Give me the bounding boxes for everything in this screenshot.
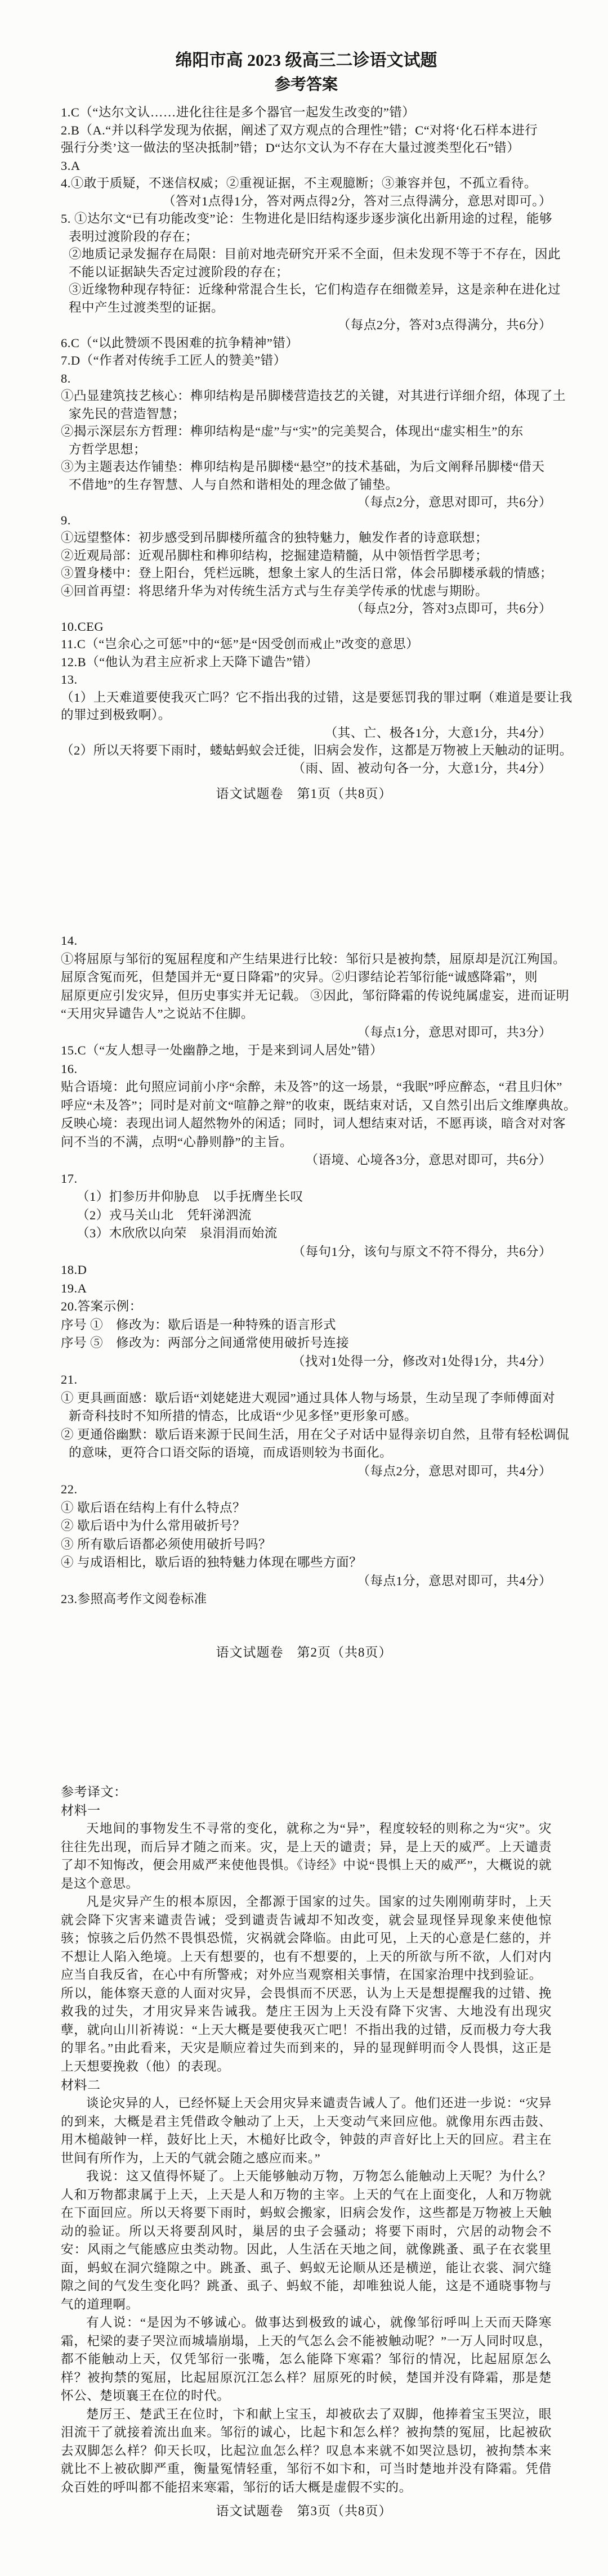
page1-footer: 语文试题卷 第1页（共8页） [0,783,608,802]
answer-line: 9. [61,511,552,529]
answer-line: ①远望整体：初步感受到吊脚楼所蕴含的独特魅力，触发作者的诗意联想； [61,529,552,547]
page3-footer: 语文试题卷 第3页（共8页） [0,2501,608,2519]
answer-line: 强行分类’这一做法的坚决抵制”错；D“达尔文认为不存在大量过渡类型化石”错） [61,139,552,157]
answer-line: ③ 所有歇后语都必须使用破折号吗？ [61,1536,552,1554]
score-note-line: （语境、心境各3分，意思对即可，共6分） [61,1151,552,1170]
answer-line: 不能以证据缺失否定过渡阶段的存在； [61,263,552,281]
answer-line: 3.A [61,157,552,175]
score-note-line: （每点1分，意思对即可，共3分） [61,1024,552,1042]
answer-line: 反映心境：表现出词人超然物外的闲适；同时，词人想结束对话，不愿再谈，暗含对对客 [61,1115,552,1133]
translation-paragraph: 谈论灾异的人，已经怀疑上天会用灾异来谴责告诫人了。他们还进一步说：“灾异的到来，… [61,2094,552,2167]
answer-line: “天用灾异谴告人”之说站不住脚。 [61,1005,552,1024]
answer-line: 序号 ⑤ 修改为：两部分之间通常使用破折号连接 [61,1334,552,1353]
answer-line: 11.C（“岂余心之可惩”中的“惩”是“因受创而戒止”改变的意思） [61,635,552,653]
answer-line: 的罪过到极致啊）。 [61,706,552,724]
document-title: 绵阳市高 2023 级高三二诊语文试题 [61,48,552,73]
answer-line: 15.C（“友人想寻一处幽静之地，于是来到词人居处”错） [61,1042,552,1060]
translation-blocks: 材料一天地间的事物发生不寻常的变化，就称之为“异”，程度较轻的则称之为“灾”。灾… [61,1801,552,2497]
page2-footer: 语文试题卷 第2页（共8页） [0,1642,608,1661]
answer-line: 4.①敢于质疑，不迷信权威；②重视证据，不主观臆断；③兼容并包，不孤立看待。 [61,174,552,192]
answer-line: 22. [61,1480,552,1499]
answer-line: 方哲学思想； [61,441,552,459]
answer-line: ④ 与成语相比，歇后语的独特魅力体现在哪些方面？ [61,1554,552,1572]
answer-line: 2.B（A.“并以科学发现为依据，阐述了双方观点的合理性”错；C“对将‘化石样本… [61,122,552,140]
score-note-line: （每点2分，答对3点得满分，共6分） [61,316,552,334]
answer-line: ③置身楼中：登上阳台，凭栏远眺，想象土家人的生活日常，体会吊脚楼承载的情感； [61,564,552,582]
answer-line: ①凸显建筑技艺核心：榫卯结构是吊脚楼营造技艺的关键，对其进行详细介绍，体现了土 [61,387,552,405]
score-note-line: （雨、固、被动句各一分，大意1分，共4分） [61,760,552,778]
answer-line: （3）木欣欣以向荣 泉涓涓而始流 [61,1224,552,1243]
answer-line: 17. [61,1170,552,1188]
answer-line: （2）所以天将要下雨时，蝼蛄蚂蚁会迁徙，旧病会发作，这都是万物被上天触动的证明。 [61,742,552,760]
translation-heading: 参考译文： [61,1783,552,1801]
page1-answer-lines: 1.C（“达尔文认……进化往往是多个器官一起发生改变的”错）2.B（A.“并以科… [61,104,552,777]
page-1: 绵阳市高 2023 级高三二诊语文试题 参考答案 1.C（“达尔文认……进化往往… [0,0,608,859]
score-note-line: （其、亡、极各1分，大意1分，共4分） [61,724,552,742]
score-note-line: （每句1分，该句与原文不符不得分，共6分） [61,1243,552,1262]
score-note-line: （答对1点得1分，答对两点得2分，答对三点得满分，意思对即可。） [61,192,552,210]
answer-line: 呼应“未及答”；同时是对前文“喧静之辩”的收束，既结束对话，又自然引出后文维摩典… [61,1097,552,1115]
answer-line: 21. [61,1371,552,1389]
answer-line: 19.A [61,1280,552,1298]
score-note-line: （找对1处得一分，修改对1处得1分，共4分） [61,1353,552,1371]
answer-line: 14. [61,932,552,950]
answer-line: 6.C（“以此赞颂不畏困难的抗争精神”错） [61,334,552,352]
answer-line: 5. ①达尔文“已有功能改变”论：生物进化是旧结构逐步逐步演化出新用途的过程，能… [61,210,552,228]
material-label: 材料二 [61,2076,552,2094]
answer-line: 8. [61,370,552,388]
score-note-line: （每点1分，意思对即可，共4分） [61,1572,552,1591]
answer-line: 7.D（“作者对传统手工匠人的赞美”错） [61,352,552,370]
answer-line: 序号 ① 修改为：歇后语是一种特殊的语言形式 [61,1316,552,1335]
page-2: 14.①将屈原与邹衍的冤屈程度和产生结果进行比较：邹衍只是被拘禁，屈原却是沉江殉… [0,859,608,1717]
answer-line: 家先民的营造智慧； [61,405,552,423]
answer-line: 程中产生过渡类型的证据。 [61,299,552,317]
answer-line: 13. [61,671,552,689]
answer-line: ②揭示深层东方哲理：榫卯结构是“虚”与“实”的完美契合，体现出“虚实相生”的东 [61,423,552,441]
score-note-line: （每点2分，意思对即可，共6分） [61,493,552,511]
translation-paragraph: 天地间的事物发生不寻常的变化，就称之为“异”，程度较轻的则称之为“灾”。灾往往先… [61,1820,552,1893]
answer-line: 的意味，更符合口语交际的语境，而成语则较为书面化。 [61,1444,552,1462]
answer-line: 16. [61,1060,552,1079]
answer-line: （1）上天难道要使我灭亡吗？它不指出我的过错，这是要惩罚我的罪过啊（难道是要让我 [61,689,552,707]
translation-paragraph: 我说：这又值得怀疑了。上天能够触动万物，万物怎么能触动上天呢？为什么？人和万物都… [61,2167,552,2314]
answer-line: 表明过渡阶段的存在； [61,228,552,246]
page2-answer-lines: 14.①将屈原与邹衍的冤屈程度和产生结果进行比较：邹衍只是被拘禁，屈原却是沉江殉… [61,932,552,1609]
answer-line: ② 歇后语中为什么常用破折号？ [61,1517,552,1536]
score-note-line: （每点2分，答对3点即可，共6分） [61,600,552,618]
page-3: 参考译文： 材料一天地间的事物发生不寻常的变化，就称之为“异”，程度较轻的则称之… [0,1717,608,2576]
answer-line: 问不当的不满，点明“心静则静”的主旨。 [61,1133,552,1152]
translation-paragraph: 有人说：“是因为不够诚心。做事达到极致的诚心，就像邹衍呼叫上天而天降寒霜，杞梁的… [61,2314,552,2406]
answer-line: （2）戎马关山北 凭轩涕泗流 [61,1206,552,1225]
page1-content: 绵阳市高 2023 级高三二诊语文试题 参考答案 1.C（“达尔文认……进化往往… [0,48,608,777]
translation-paragraph: 凡是灾异产生的根本原因，全都源于国家的过失。国家的过失刚刚萌芽时，上天就会降下灾… [61,1893,552,1985]
score-note-line: （每点2分，意思对即可，共4分） [61,1462,552,1481]
answer-line: ④回首再望：将思绪升华为对传统生活方式与生存美学传承的忧虑与期盼。 [61,582,552,600]
answer-line: ① 歇后语在结构上有什么特点？ [61,1499,552,1518]
translation-paragraph: 楚厉王、楚武王在位时，卞和献上宝玉，却被砍去了双脚，他捧着宝玉哭泣，眼泪流干了就… [61,2406,552,2497]
answer-line: 屈原更应引发灾异，但历史事实并无记载。 ③因此，邹衍降霜的传说纯属虚妄，进而证明 [61,987,552,1006]
answer-line: ② 更通俗幽默：歇后语来源于民间生活，用在父子对话中显得亲切自然，且带有轻松调侃 [61,1426,552,1444]
answer-line: 12.B（“他认为君主应祈求上天降下谴告”错） [61,653,552,671]
answer-line: （1）扪参历井仰胁息 以手抚膺坐长叹 [61,1188,552,1206]
answer-line: ① 更具画面感：歇后语“刘姥姥进大观园”通过具体人物与场景，生动呈现了李师傅面对 [61,1389,552,1408]
document-subtitle: 参考答案 [61,73,552,97]
answer-line: 20.答案示例： [61,1298,552,1316]
answer-line: 1.C（“达尔文认……进化往往是多个器官一起发生改变的”错） [61,104,552,122]
answer-line: 贴合语境：此句照应词前小序“余醉，未及答”的这一场景，“我眠”呼应醉态，“君且归… [61,1078,552,1097]
page3-content: 参考译文： 材料一天地间的事物发生不寻常的变化，就称之为“异”，程度较轻的则称之… [0,1717,608,2497]
answer-line: 不借地”的生存智慧、人与自然和谐相处的理念做了铺垫。 [61,476,552,494]
answer-line: ②地质记录发掘存在局限：目前对地壳研究开采不全面，但未发现不等于不存在，因此 [61,245,552,263]
answer-line: 新奇科技时不知所措的情态，比成语“少见多怪”更形象可感。 [61,1407,552,1426]
answer-line: 屈原含冤而死，但楚国并无“夏日降霜”的灾异。②归谬结论若邹衍能“诚感降霜”，则 [61,968,552,987]
answer-line: 18.D [61,1261,552,1280]
answer-line: ②近观局部：近观吊脚柱和榫卯结构，挖掘建造精髓，从中领悟哲学思考； [61,547,552,565]
answer-line: 10.CEG [61,618,552,636]
material-label: 材料一 [61,1801,552,1820]
page2-content: 14.①将屈原与邹衍的冤屈程度和产生结果进行比较：邹衍只是被拘禁，屈原却是沉江殉… [0,859,608,1609]
translation-paragraph: 所以，能体察天意的人面对灾异，会畏惧而不厌恶，认为上天是想提醒我的过错、挽救我的… [61,1985,552,2076]
answer-line: ①将屈原与邹衍的冤屈程度和产生结果进行比较：邹衍只是被拘禁，屈原却是沉江殉国。 [61,950,552,969]
answer-line: ③为主题表达作铺垫：榫卯结构是吊脚楼“悬空”的技术基础，为后文阐释吊脚楼“借天 [61,458,552,476]
scanned-exam-answer-document: { "doc": { "title": "绵阳市高 2023 级高三二诊语文试题… [0,0,608,2576]
answer-line: ③近缘物种现存特征：近缘种常混合生长，它们构造存在细微差异，这是亲种在进化过 [61,281,552,299]
answer-line: 23.参照高考作文阅卷标准 [61,1590,552,1609]
